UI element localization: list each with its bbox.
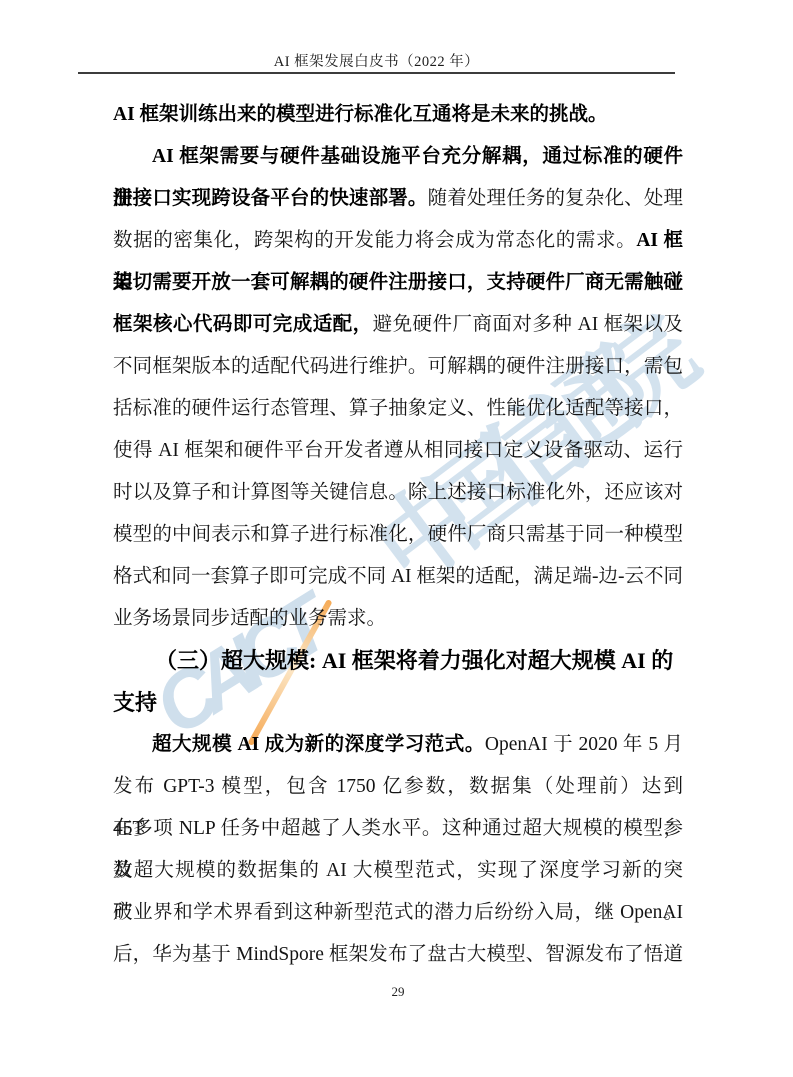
page-body: AI 框架训练出来的模型进行标准化互通将是未来的挑战。AI 框架需要与硬件基础设… [113,94,683,976]
text-segment: 模型的中间表示和算子进行标准化，硬件厂商只需基于同一种模型 [113,524,683,545]
text-segment: 框架核心代码即可完成适配， [113,314,373,335]
text-segment: 后，华为基于 MindSpore 框架发布了盘古大模型、智源发布了悟道 [113,944,683,965]
text-segment: 使得 AI 框架和硬件平台开发者遵从相同接口定义设备驱动、运行 [113,440,683,461]
text-segment: 支持 [113,690,157,715]
text-line: 括标准的硬件运行态管理、算子抽象定义、性能优化适配等接口， [113,388,683,430]
text-segment: AI 框架训练出来的模型进行标准化互通将是未来的挑战。 [113,104,608,125]
text-segment: 产业界和学术界看到这种新型范式的潜力后纷纷入局，继 OpenAI [113,902,683,923]
text-segment: 避免硬件厂商面对多种 AI 框架以及 [373,314,683,335]
text-segment: 超大规模 AI 成为新的深度学习范式。 [152,734,485,755]
text-segment: OpenAI 于 2020 年 5 月 [485,734,683,755]
page-number: 29 [392,984,405,999]
text-line: 册接口实现跨设备平台的快速部署。随着处理任务的复杂化、处理 [113,178,683,220]
text-line: 超大规模 AI 成为新的深度学习范式。OpenAI 于 2020 年 5 月 [113,724,683,766]
text-segment: 册接口实现跨设备平台的快速部署。 [113,188,428,209]
text-segment: 时以及算子和计算图等关键信息。除上述接口标准化外，还应该对 [113,482,683,503]
text-line: 使得 AI 框架和硬件平台开发者遵从相同接口定义设备驱动、运行 [113,430,683,472]
text-line: 产业界和学术界看到这种新型范式的潜力后纷纷入局，继 OpenAI [113,892,683,934]
text-line: 迫切需要开放一套可解耦的硬件注册接口，支持硬件厂商无需触碰 [113,262,683,304]
text-line: 后，华为基于 MindSpore 框架发布了盘古大模型、智源发布了悟道 [113,934,683,976]
text-line: 业务场景同步适配的业务需求。 [113,598,683,640]
text-line: 数据的密集化，跨架构的开发能力将会成为常态化的需求。AI 框架 [113,220,683,262]
text-line: 发布 GPT-3 模型，包含 1750 亿参数，数据集（处理前）达到 45T， [113,766,683,808]
text-segment: 格式和同一套算子即可完成不同 AI 框架的适配，满足端-边-云不同 [113,566,683,587]
text-line: 及超大规模的数据集的 AI 大模型范式，实现了深度学习新的突破。 [113,850,683,892]
text-line: 格式和同一套算子即可完成不同 AI 框架的适配，满足端-边-云不同 [113,556,683,598]
text-line: 在多项 NLP 任务中超越了人类水平。这种通过超大规模的模型参数 [113,808,683,850]
text-line: 框架核心代码即可完成适配，避免硬件厂商面对多种 AI 框架以及 [113,304,683,346]
text-line: 时以及算子和计算图等关键信息。除上述接口标准化外，还应该对 [113,472,683,514]
text-segment: （三）超大规模: AI 框架将着力强化对超大规模 AI 的 [155,648,673,673]
text-line: 不同框架版本的适配代码进行维护。可解耦的硬件注册接口，需包 [113,346,683,388]
text-segment: 随着处理任务的复杂化、处理 [428,188,683,209]
heading-line: 支持 [113,682,683,724]
heading-line: （三）超大规模: AI 框架将着力强化对超大规模 AI 的 [113,640,683,682]
text-segment: 业务场景同步适配的业务需求。 [113,608,386,629]
text-segment: 括标准的硬件运行态管理、算子抽象定义、性能优化适配等接口， [113,398,683,419]
text-segment: 不同框架版本的适配代码进行维护。可解耦的硬件注册接口，需包 [113,356,683,377]
text-line: AI 框架需要与硬件基础设施平台充分解耦，通过标准的硬件注 [113,136,683,178]
text-line: AI 框架训练出来的模型进行标准化互通将是未来的挑战。 [113,94,683,136]
text-segment: 数据的密集化，跨架构的开发能力将会成为常态化的需求。 [113,230,636,251]
page-footer: 29 [78,984,718,1000]
text-segment: 迫切需要开放一套可解耦的硬件注册接口，支持硬件厂商无需触碰 [113,272,683,293]
text-line: 模型的中间表示和算子进行标准化，硬件厂商只需基于同一种模型 [113,514,683,556]
document-page: AI 框架发展白皮书（2022 年） CAICT 中国信通院 AI 框架训练出来… [0,0,793,1077]
